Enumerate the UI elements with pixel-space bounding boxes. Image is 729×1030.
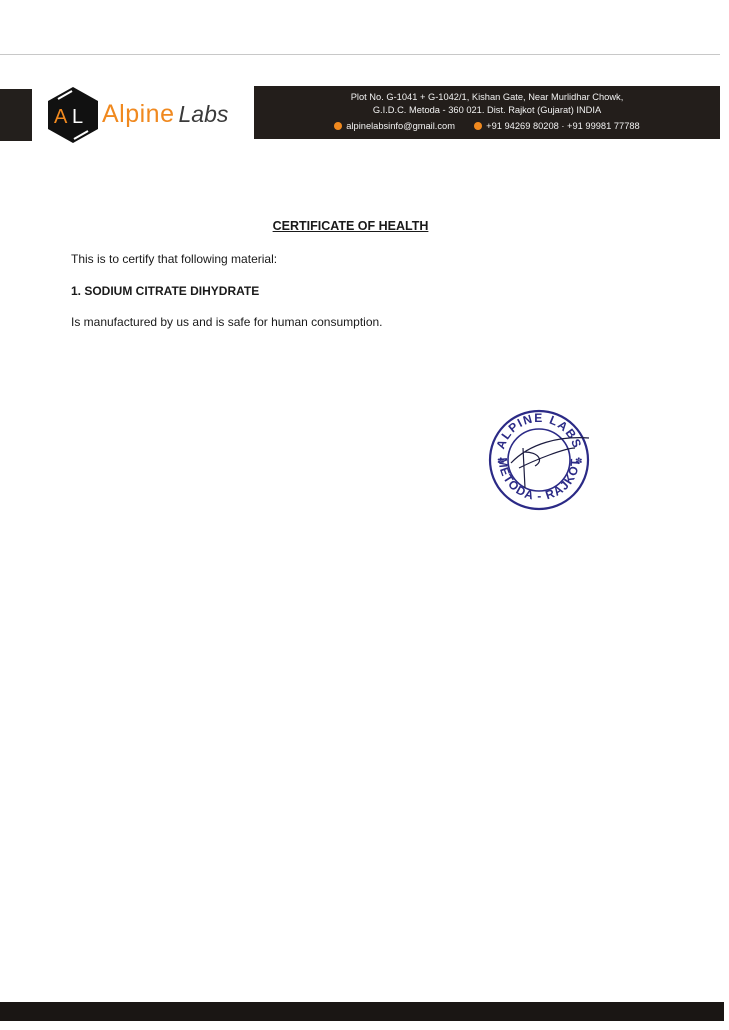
- phone-icon: [474, 122, 482, 130]
- phone-numbers: +91 94269 80208 · +91 99981 77788: [486, 121, 640, 131]
- top-rule: [0, 54, 720, 55]
- email-address[interactable]: alpinelabsinfo@gmail.com: [346, 121, 455, 131]
- stamp-bottom-text: METODA - RAJKOT: [496, 457, 582, 503]
- address-line-2: G.I.D.C. Metoda - 360 021. Dist. Rajkot …: [254, 105, 720, 115]
- hexagon-logo-icon: A L: [46, 86, 100, 144]
- svg-text:✽: ✽: [497, 456, 505, 466]
- company-stamp: ALPINE LABS METODA - RAJKOT ✽ ✽: [485, 408, 595, 513]
- material-name: 1. SODIUM CITRATE DIHYDRATE: [71, 284, 259, 298]
- document-title-text: CERTIFICATE OF HEALTH: [273, 219, 429, 233]
- contact-info-bar: Plot No. G-1041 + G-1042/1, Kishan Gate,…: [254, 86, 720, 139]
- logo-initial-a: A: [54, 106, 68, 128]
- stamp-seal-icon: ALPINE LABS METODA - RAJKOT ✽ ✽: [485, 408, 595, 513]
- footer-bar: [0, 1002, 724, 1021]
- document-title: CERTIFICATE OF HEALTH: [0, 219, 729, 233]
- company-logo: A L AlpineLabs: [46, 86, 246, 144]
- email-icon: [334, 122, 342, 130]
- logo-initial-l: L: [72, 106, 83, 128]
- address-line-1: Plot No. G-1041 + G-1042/1, Kishan Gate,…: [254, 92, 720, 102]
- svg-text:✽: ✽: [575, 456, 583, 466]
- statement-text: Is manufactured by us and is safe for hu…: [71, 315, 383, 329]
- intro-text: This is to certify that following materi…: [71, 252, 277, 266]
- logo-wordmark: AlpineLabs: [102, 100, 228, 129]
- logo-name-secondary: Labs: [179, 101, 229, 127]
- header-left-block: [0, 89, 32, 141]
- logo-name-primary: Alpine: [102, 100, 175, 128]
- svg-text:METODA - RAJKOT: METODA - RAJKOT: [496, 457, 582, 503]
- contact-line: alpinelabsinfo@gmail.com +91 94269 80208…: [254, 121, 720, 131]
